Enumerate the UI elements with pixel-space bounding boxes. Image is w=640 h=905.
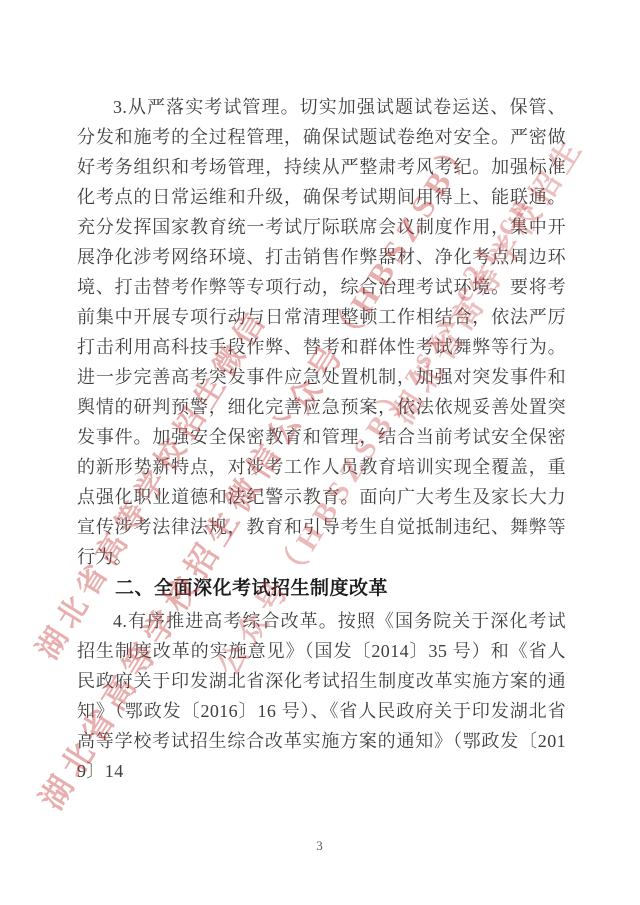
paragraph-exam-management: 3.从严落实考试管理。切实加强试题试卷运送、保管、分发和施考的全过程管理，确保试… — [77, 92, 566, 572]
document-body: 3.从严落实考试管理。切实加强试题试卷运送、保管、分发和施考的全过程管理，确保试… — [77, 92, 566, 786]
paragraph-reform: 4.有序推进高考综合改革。按照《国务院关于深化考试招生制度改革的实施意见》（国发… — [77, 606, 566, 786]
document-page: 湖北省高等学校招生微信 湖北省高等学校招生微信公众号（HBSZSB） 公众号（H… — [0, 0, 640, 905]
page-number: 3 — [0, 838, 640, 854]
section-heading: 二、全面深化考试招生制度改革 — [77, 574, 566, 604]
